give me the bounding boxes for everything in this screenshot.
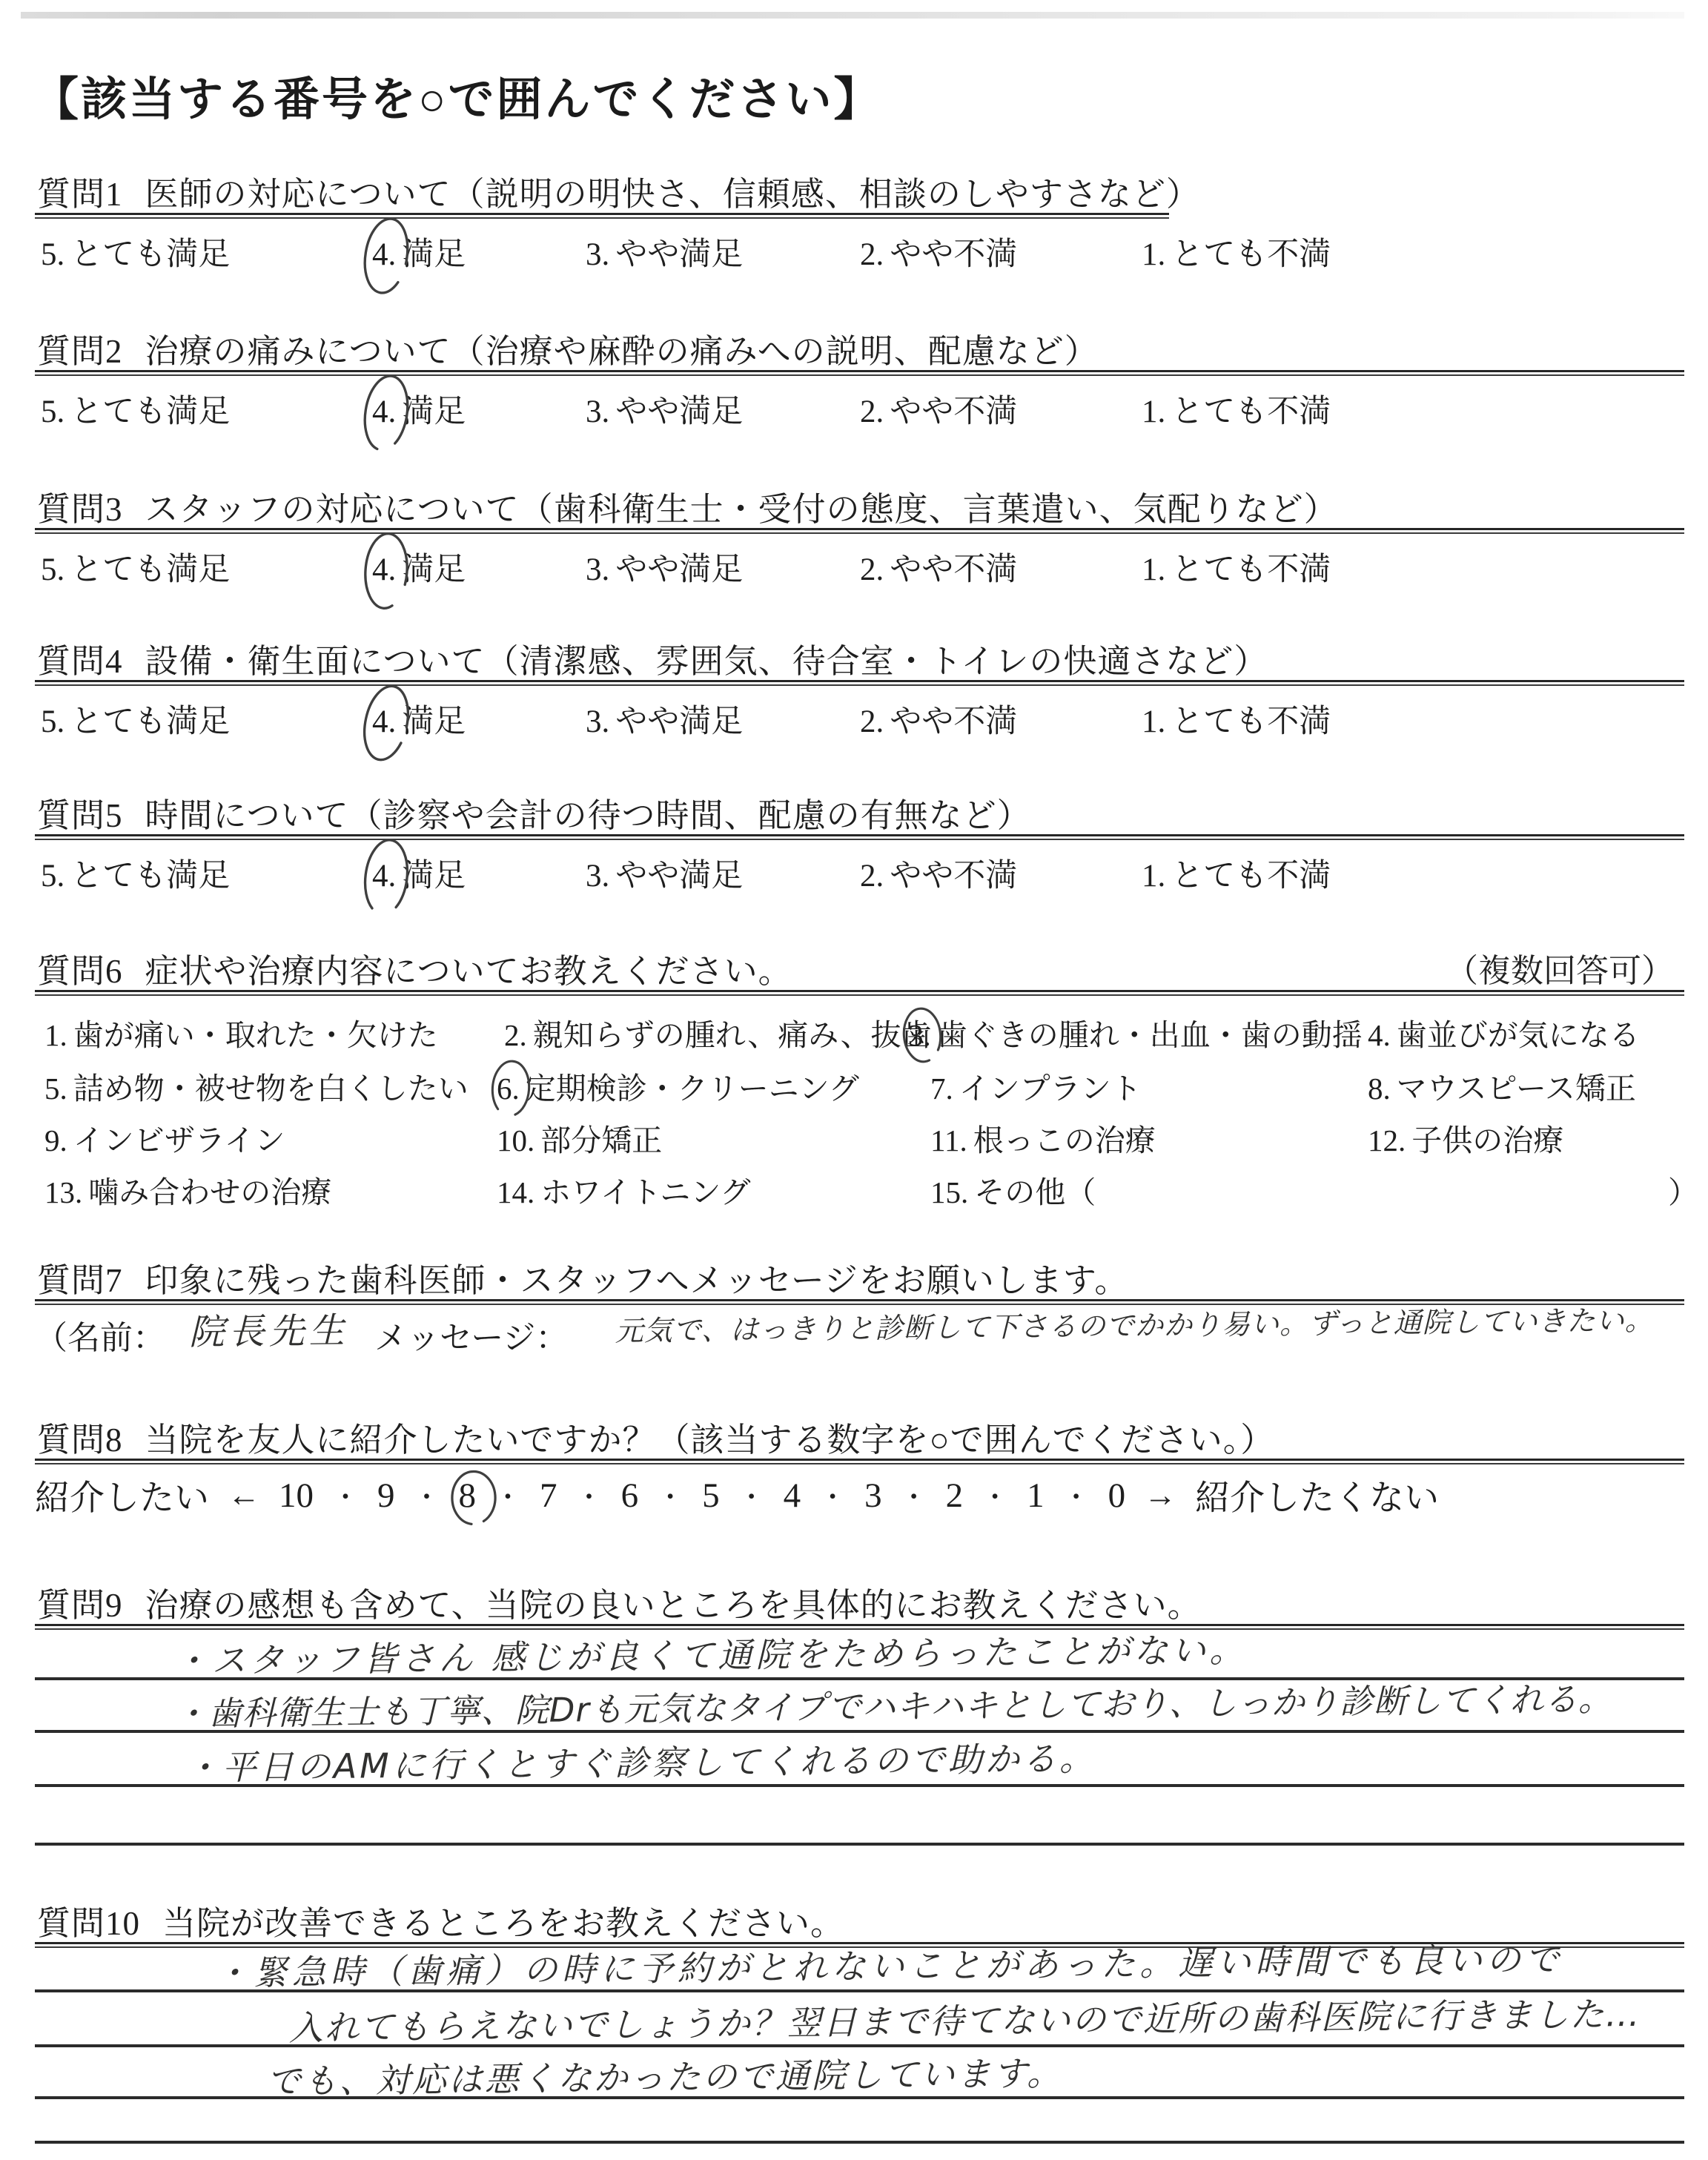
rating-option-4-selected: 4.満足 xyxy=(372,229,466,274)
ruled-line xyxy=(35,1843,1684,1846)
question-title: 時間について（診察や会計の待つ時間、配慮の有無など） xyxy=(145,797,1031,834)
question-header: 質問5時間について（診察や会計の待つ時間、配慮の有無など） xyxy=(37,788,1031,836)
question-title: 設備・衛生面について（清潔感、雰囲気、待合室・トイレの快適さなど） xyxy=(145,643,1268,680)
rating-option-4-selected: 4.満足 xyxy=(372,544,466,589)
question-title: 当院を友人に紹介したいですか？（該当する数字を○で囲んでください。） xyxy=(145,1421,1275,1459)
rating-option-5: 5.とても満足 xyxy=(41,386,230,432)
answer-line-3: でも、対応は悪くなかったので通院しています。 xyxy=(266,2047,1063,2104)
rating-option-2: 2.やや不満 xyxy=(860,386,1017,432)
rating-option-4-selected: 4.満足 xyxy=(372,696,466,742)
rating-row: 5.とても満足 4.満足 3.やや満足 2.やや不満 1.とても不満 xyxy=(0,386,1708,431)
question-number: 質問5 xyxy=(37,797,123,834)
separator-dot: ・ xyxy=(657,1476,683,1514)
symptom-option-1: 1.歯が痛い・取れた・欠けた xyxy=(44,1011,438,1054)
rating-option-2: 2.やや不満 xyxy=(860,696,1017,742)
symptom-option-11: 11.根っこの治療 xyxy=(930,1116,1156,1160)
rating-option-4-selected: 4.満足 xyxy=(372,851,466,896)
question-number: 質問8 xyxy=(37,1421,123,1459)
nps-number-3: 3 xyxy=(864,1476,882,1516)
nps-number-6: 6 xyxy=(621,1476,639,1516)
question-title: 当院が改善できるところをお教えください。 xyxy=(162,1905,844,1942)
symptom-option-6-selected: 6.定期検診・クリーニング xyxy=(497,1064,859,1108)
answer-line-2: 入れてもらえないでしょうか？翌日まで待てないので近所の歯科医院に行きました… xyxy=(288,1987,1641,2050)
question-header: 質問6症状や治療内容についてお教えください。 xyxy=(37,944,792,992)
symptom-option-12: 12.子供の治療 xyxy=(1368,1116,1563,1160)
rating-option-1: 1.とても不満 xyxy=(1142,851,1331,896)
separator-dot: ・ xyxy=(738,1476,765,1514)
symptom-option-2: 2.親知らずの腫れ、痛み、抜歯 xyxy=(504,1011,932,1054)
header-underline xyxy=(35,990,1684,996)
question-header: 質問1医師の対応について（説明の明快さ、信頼感、相談のしやすさなど） xyxy=(37,167,1200,215)
rating-option-3: 3.やや満足 xyxy=(586,386,743,432)
rating-row: 5.とても満足 4.満足 3.やや満足 2.やや不満 1.とても不満 xyxy=(0,851,1708,895)
rating-option-3: 3.やや満足 xyxy=(586,544,743,589)
page-title: 【該当する番号を○で囲んでください】 xyxy=(33,62,881,128)
question-title: 治療の感想も含めて、当院の良いところを具体的にお教えください。 xyxy=(145,1587,1202,1624)
ruled-line xyxy=(35,2141,1684,2144)
answer-line-2: ・歯科衛生士も丁寧、院Drも元気なタイプでハキハキとしており、しっかり診断してく… xyxy=(173,1672,1612,1735)
name-field-label: （名前： xyxy=(35,1311,165,1358)
ruled-line xyxy=(35,2044,1684,2047)
question-header: 質問3スタッフの対応について（歯科衛生士・受付の態度、言葉遣い、気配りなど） xyxy=(37,482,1338,530)
symptom-option-3-selected: 3.歯ぐきの腫れ・出血・歯の動揺 xyxy=(908,1011,1363,1054)
answer-line-1: ・スタッフ皆さん 感じが良くて通院をためらったことがない。 xyxy=(173,1623,1247,1683)
header-underline xyxy=(35,680,1684,686)
header-underline xyxy=(35,370,1684,376)
question-header: 質問4設備・衛生面について（清潔感、雰囲気、待合室・トイレの快適さなど） xyxy=(37,634,1268,682)
question-header: 質問9治療の感想も含めて、当院の良いところを具体的にお教えください。 xyxy=(37,1578,1202,1626)
symptom-option-7: 7.インプラント xyxy=(930,1064,1142,1108)
separator-dot: ・ xyxy=(576,1476,603,1514)
question-number: 質問6 xyxy=(37,953,123,990)
question-title: 治療の痛みについて（治療や麻酔の痛みへの説明、配慮など） xyxy=(145,333,1099,370)
nps-number-10: 10 xyxy=(279,1476,314,1516)
rating-option-5: 5.とても満足 xyxy=(41,229,230,274)
rating-option-4-selected: 4.満足 xyxy=(372,386,466,432)
nps-left-label: 紹介したい xyxy=(35,1470,209,1520)
symptom-option-14: 14.ホワイトニング xyxy=(497,1168,751,1212)
rating-option-1: 1.とても不満 xyxy=(1142,696,1331,742)
separator-dot: ・ xyxy=(819,1476,846,1514)
symptom-option-4: 4.歯並びが気になる xyxy=(1368,1011,1640,1054)
rating-option-3: 3.やや満足 xyxy=(586,696,743,742)
answer-line-3: ・平日のAMに行くとすぐ診察してくれるので助かる。 xyxy=(185,1731,1096,1790)
symptom-option-15-other: 15.その他（ xyxy=(930,1168,1096,1212)
question-title: 医師の対応について（説明の明快さ、信頼感、相談のしやすさなど） xyxy=(145,176,1200,213)
ruled-line xyxy=(35,1730,1684,1733)
rating-option-2: 2.やや不満 xyxy=(860,851,1017,896)
scanned-survey-page: 【該当する番号を○で囲んでください】 質問1医師の対応について（説明の明快さ、信… xyxy=(0,0,1708,2160)
rating-option-1: 1.とても不満 xyxy=(1142,544,1331,589)
question-number: 質問2 xyxy=(37,333,123,370)
rating-option-3: 3.やや満足 xyxy=(586,229,743,274)
rating-option-5: 5.とても満足 xyxy=(41,851,230,896)
message-field-label: メッセージ： xyxy=(374,1311,568,1358)
nps-right-label: 紹介したくない xyxy=(1195,1470,1439,1520)
name-handwritten-value: 院長先生 xyxy=(188,1302,349,1355)
question-number: 質問7 xyxy=(37,1262,123,1299)
ruled-line xyxy=(35,2096,1684,2099)
rating-option-2: 2.やや不満 xyxy=(860,544,1017,589)
question-number: 質問10 xyxy=(37,1905,140,1942)
separator-dot: ・ xyxy=(1063,1476,1090,1514)
symptom-option-10: 10.部分矯正 xyxy=(497,1116,662,1160)
rating-option-1: 1.とても不満 xyxy=(1142,229,1331,274)
scan-artifact-bar xyxy=(21,12,1684,19)
rating-row: 5.とても満足 4.満足 3.やや満足 2.やや不満 1.とても不満 xyxy=(0,229,1708,274)
nps-number-4: 4 xyxy=(784,1476,801,1516)
question-title: スタッフの対応について（歯科衛生士・受付の態度、言葉遣い、気配りなど） xyxy=(145,491,1338,528)
nps-number-7: 7 xyxy=(540,1476,557,1516)
rating-row: 5.とても満足 4.満足 3.やや満足 2.やや不満 1.とても不満 xyxy=(0,696,1708,741)
question-title: 症状や治療内容についてお教えください。 xyxy=(145,953,792,990)
rating-option-3: 3.やや満足 xyxy=(586,851,743,896)
question-header: 質問8当院を友人に紹介したいですか？（該当する数字を○で囲んでください。） xyxy=(37,1413,1274,1461)
question-header: 質問10当院が改善できるところをお教えください。 xyxy=(37,1896,844,1944)
separator-dot: ・ xyxy=(901,1476,927,1514)
separator-dot: ・ xyxy=(414,1476,440,1514)
header-underline xyxy=(35,1459,1684,1464)
nps-number-0: 0 xyxy=(1108,1476,1126,1516)
left-arrow-icon: ← xyxy=(228,1476,260,1514)
rating-option-1: 1.とても不満 xyxy=(1142,386,1331,432)
question-header: 質問7印象に残った歯科医師・スタッフへメッセージをお願いします。 xyxy=(37,1253,1128,1301)
nps-number-1: 1 xyxy=(1027,1476,1045,1516)
nps-number-8-selected: 8 xyxy=(459,1476,477,1516)
separator-dot: ・ xyxy=(982,1476,1008,1514)
question-header: 質問2治療の痛みについて（治療や麻酔の痛みへの説明、配慮など） xyxy=(37,324,1099,372)
separator-dot: ・ xyxy=(494,1476,521,1514)
right-arrow-icon: → xyxy=(1144,1476,1176,1514)
nps-number-5: 5 xyxy=(702,1476,720,1516)
nps-number-2: 2 xyxy=(946,1476,964,1516)
question-number: 質問4 xyxy=(37,643,123,680)
rating-row: 5.とても満足 4.満足 3.やや満足 2.やや不満 1.とても不満 xyxy=(0,544,1708,589)
header-underline xyxy=(35,528,1684,534)
nps-scale-row: 紹介したい ← 10 ・ 9 ・ 8 ・ 7 ・ 6 ・ 5 ・ 4 ・ 3 ・… xyxy=(35,1470,1439,1520)
symptom-option-5: 5.詰め物・被せ物を白くしたい xyxy=(44,1064,469,1108)
symptom-option-13: 13.噛み合わせの治療 xyxy=(44,1168,331,1212)
question-number: 質問1 xyxy=(37,176,123,213)
rating-option-5: 5.とても満足 xyxy=(41,544,230,589)
rating-option-5: 5.とても満足 xyxy=(41,696,230,742)
question-title: 印象に残った歯科医師・スタッフへメッセージをお願いします。 xyxy=(145,1262,1129,1299)
header-underline xyxy=(35,213,1169,219)
header-underline xyxy=(35,834,1684,840)
question-number: 質問9 xyxy=(37,1587,123,1624)
ruled-line xyxy=(35,1784,1684,1787)
question-number: 質問3 xyxy=(37,491,123,528)
symptom-option-9: 9.インビザライン xyxy=(44,1116,285,1160)
symptom-option-8: 8.マウスピース矯正 xyxy=(1368,1064,1636,1108)
separator-dot: ・ xyxy=(332,1476,359,1514)
rating-option-2: 2.やや不満 xyxy=(860,229,1017,274)
other-option-close-paren: ） xyxy=(1668,1168,1698,1212)
nps-number-9: 9 xyxy=(377,1476,395,1516)
multi-answer-note: （複数回答可） xyxy=(1446,944,1674,991)
